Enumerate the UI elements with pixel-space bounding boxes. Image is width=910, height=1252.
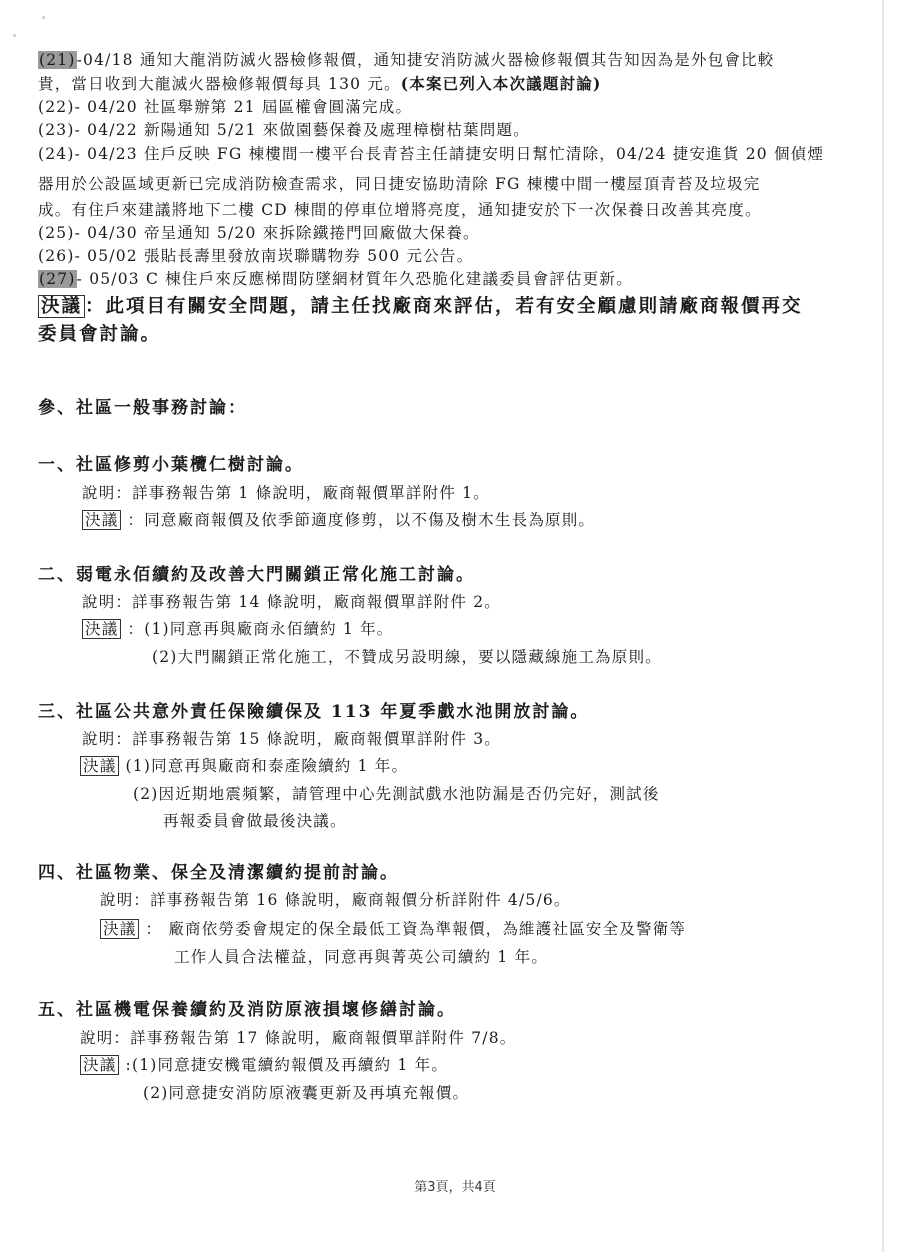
resolution-line-1: 決議：此項目有關安全問題，請主任找廠商來評估，若有安全顧慮則請廠商報價再交 bbox=[38, 296, 803, 318]
topic-3-resolution-2: (2)因近期地震頻繁，請管理中心先測試戲水池防漏是否仍完好，測試後 bbox=[133, 783, 660, 805]
document-page: (21)-04/18 通知大龍消防滅火器檢修報價，通知捷安消防滅火器檢修報價其告… bbox=[0, 0, 910, 1252]
item-23: (23)- 04/22 新陽通知 5/21 來做園藝保養及處理樟樹枯葉問題。 bbox=[38, 119, 530, 141]
item-number-highlight: (27) bbox=[38, 270, 77, 288]
agenda-note: (本案已列入本次議題討論) bbox=[401, 74, 602, 93]
topic-5-resolution: 決議 :(1)同意捷安機電續約報價及再續約 1 年。 bbox=[80, 1054, 448, 1076]
item-22: (22)- 04/20 社區舉辦第 21 屆區權會圓滿完成。 bbox=[38, 96, 412, 118]
topic-5-resolution-2: (2)同意捷安消防原液囊更新及再填充報價。 bbox=[143, 1082, 469, 1104]
item-number-highlight: (21) bbox=[38, 51, 77, 69]
item-21-line-1: (21)-04/18 通知大龍消防滅火器檢修報價，通知捷安消防滅火器檢修報價其告… bbox=[38, 49, 774, 71]
topic-4-title: 四、社區物業、保全及清潔續約提前討論。 bbox=[38, 862, 399, 884]
scan-edge bbox=[882, 0, 884, 1252]
resolution-label: 決議 bbox=[100, 919, 139, 939]
topic-3-resolution-3: 再報委員會做最後決議。 bbox=[163, 810, 347, 832]
item-25: (25)- 04/30 帝呈通知 5/20 來拆除鐵捲門回廠做大保養。 bbox=[38, 222, 480, 244]
topic-3-explain: 說明：詳事務報告第 15 條說明，廠商報價單詳附件 3。 bbox=[82, 728, 501, 750]
resolution-label: 決議 bbox=[80, 756, 119, 776]
topic-5-explain: 說明：詳事務報告第 17 條說明，廠商報價單詳附件 7/8。 bbox=[80, 1027, 516, 1049]
topic-1-explain: 說明：詳事務報告第 1 條說明，廠商報價單詳附件 1。 bbox=[82, 482, 490, 504]
item-24-line-1: (24)- 04/23 住戶反映 FG 棟樓間一樓平台長青苔主任請捷安明日幫忙清… bbox=[38, 143, 824, 165]
item-26: (26)- 05/02 張貼長壽里發放南崁聯購物券 500 元公告。 bbox=[38, 245, 473, 267]
topic-3-title: 三、社區公共意外責任保險續保及 113 年夏季戲水池開放討論。 bbox=[38, 701, 589, 723]
resolution-label: 決議 bbox=[82, 510, 121, 530]
page-number: 第3頁，共4頁 bbox=[0, 1176, 910, 1195]
item-21-line-2: 貴，當日收到大龍滅火器檢修報價每具 130 元。(本案已列入本次議題討論) bbox=[38, 73, 602, 95]
item-24-line-3: 成。有住戶來建議將地下二樓 CD 棟間的停車位增將亮度，通知捷安於下一次保養日改… bbox=[38, 199, 762, 221]
item-27: (27)- 05/03 C 棟住戶來反應梯間防墜網材質年久恐脆化建議委員會評估更… bbox=[38, 268, 633, 290]
topic-5-title: 五、社區機電保養續約及消防原液損壞修繕討論。 bbox=[38, 999, 456, 1021]
topic-2-resolution: 決議 ：(1)同意再與廠商永佰續約 1 年。 bbox=[82, 618, 394, 640]
resolution-line-2: 委員會討論。 bbox=[38, 324, 161, 346]
topic-1-resolution: 決議 ：同意廠商報價及依季節適度修剪，以不傷及樹木生長為原則。 bbox=[82, 509, 595, 531]
topic-4-resolution: 決議 ： 廠商依勞委會規定的保全最低工資為準報價，為維護社區安全及警衛等 bbox=[100, 918, 686, 940]
topic-3-resolution: 決議 (1)同意再與廠商和泰產險續約 1 年。 bbox=[80, 755, 408, 777]
topic-2-title: 二、弱電永佰續約及改善大門關鎖正常化施工討論。 bbox=[38, 564, 475, 586]
topic-4-explain: 說明：詳事務報告第 16 條說明，廠商報價分析詳附件 4/5/6。 bbox=[100, 889, 571, 911]
topic-2-resolution-2: (2)大門關鎖正常化施工，不贊成另設明線，要以隱藏線施工為原則。 bbox=[152, 646, 662, 668]
scan-speck bbox=[13, 34, 16, 37]
scan-speck bbox=[42, 16, 45, 19]
topic-1-title: 一、社區修剪小葉欖仁樹討論。 bbox=[38, 454, 304, 476]
resolution-label: 決議 bbox=[38, 295, 85, 318]
item-24-line-2: 器用於公設區域更新已完成消防檢查需求，同日捷安協助清除 FG 棟樓中間一樓屋頂青… bbox=[38, 173, 761, 195]
resolution-label: 決議 bbox=[82, 619, 121, 639]
section-title: 參、社區一般事務討論： bbox=[38, 397, 247, 419]
topic-4-resolution-2: 工作人員合法權益，同意再與菁英公司續約 1 年。 bbox=[174, 946, 548, 968]
topic-2-explain: 說明：詳事務報告第 14 條說明，廠商報價單詳附件 2。 bbox=[82, 591, 501, 613]
resolution-label: 決議 bbox=[80, 1055, 119, 1075]
